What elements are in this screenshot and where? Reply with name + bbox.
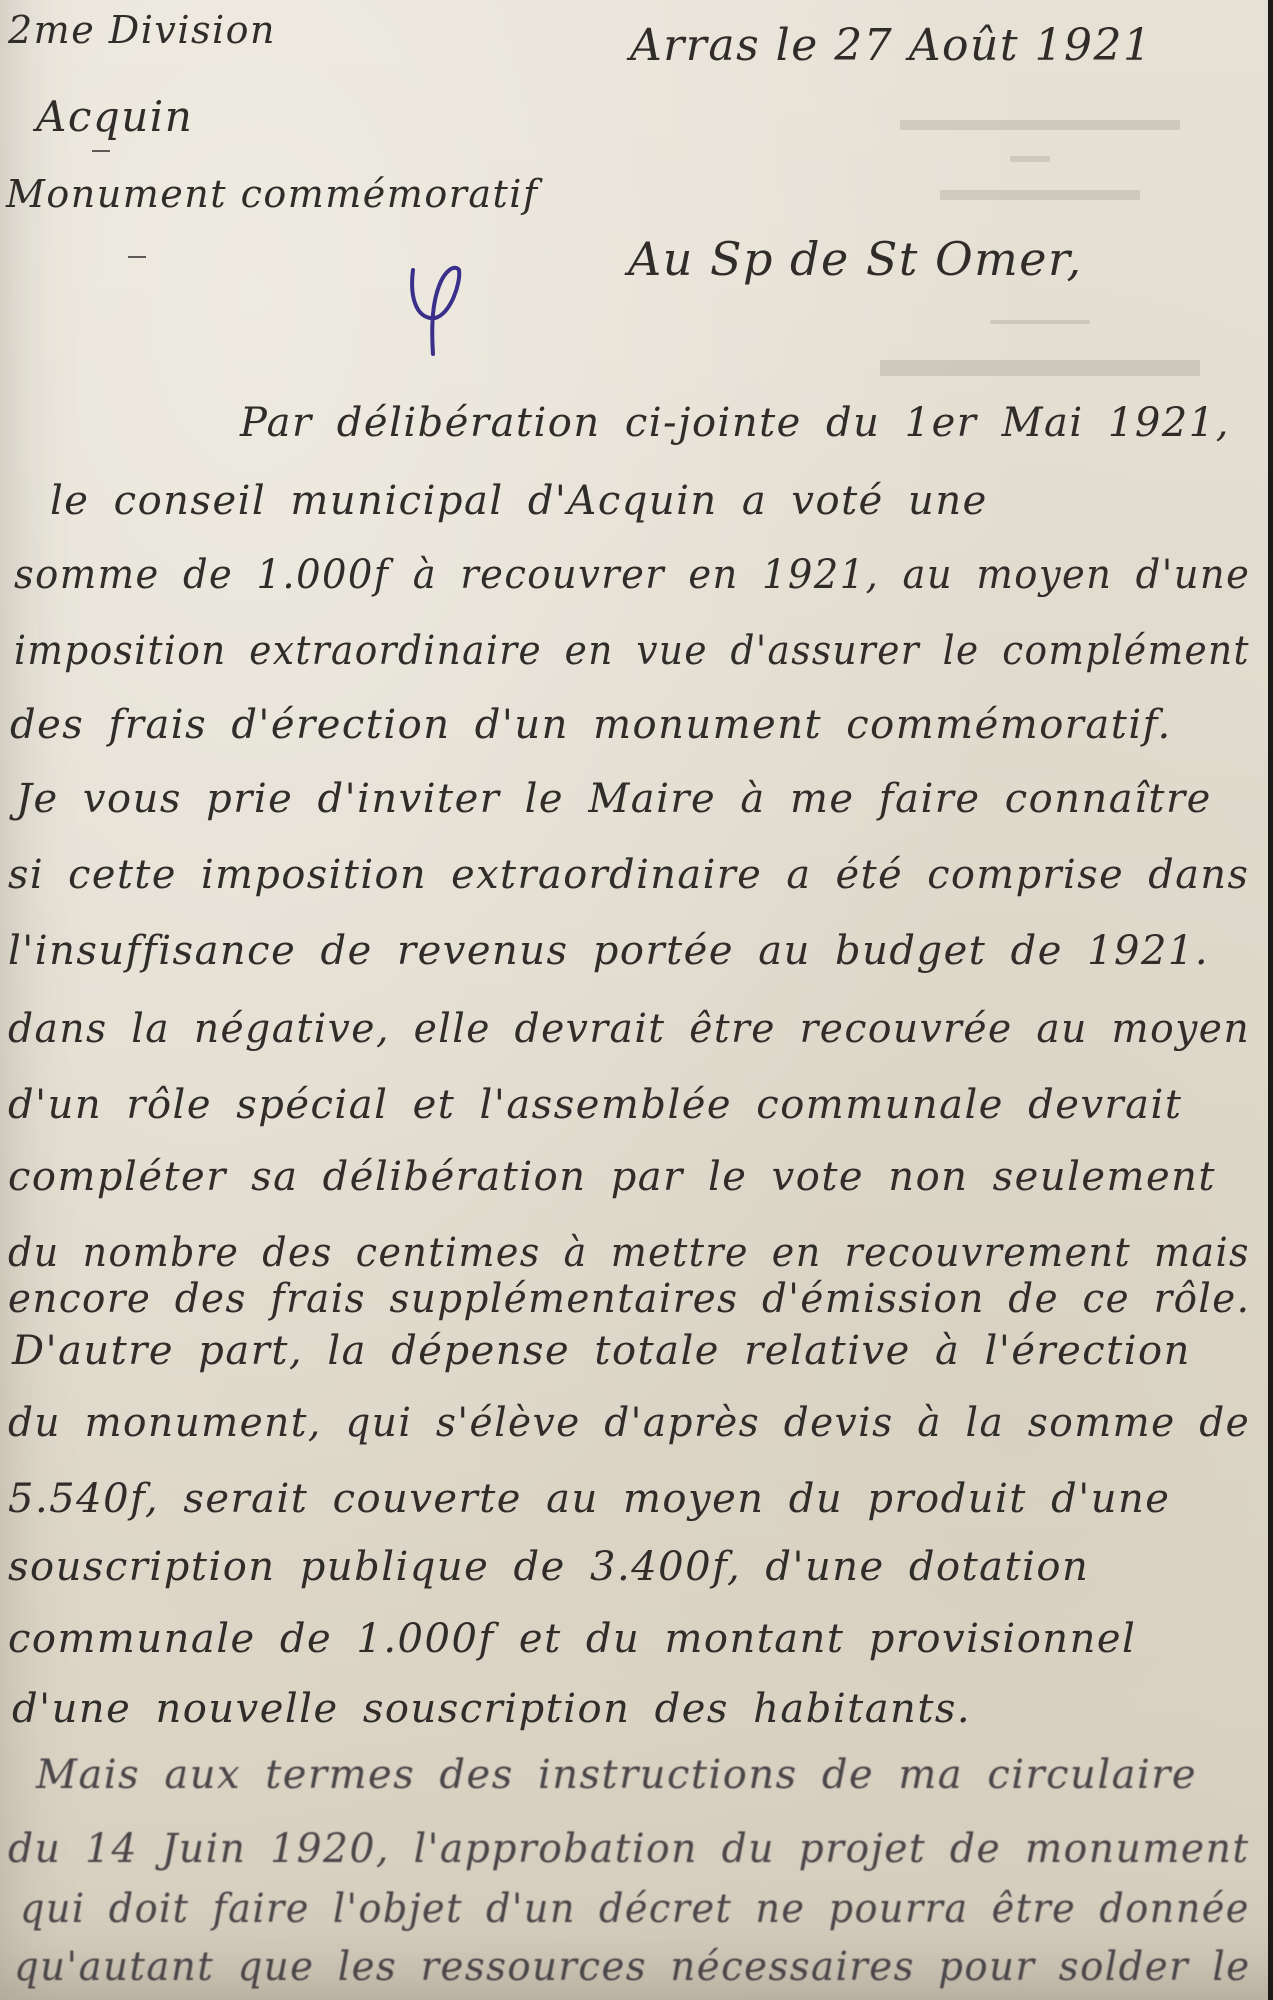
addressee: Au Sp de St Omer, <box>628 232 1083 286</box>
place-and-date: Arras le 27 Août 1921 <box>630 20 1152 71</box>
letter-line: 5.540f, serait couverte au moyen du prod… <box>8 1476 1170 1522</box>
letter-line: communale de 1.000f et du montant provis… <box>8 1616 1136 1662</box>
letter-line: Par délibération ci-jointe du 1er Mai 19… <box>240 400 1230 446</box>
letter-line: D'autre part, la dépense totale relative… <box>12 1328 1191 1374</box>
letter-line: du 14 Juin 1920, l'approbation du projet… <box>8 1826 1250 1872</box>
letter-line: le conseil municipal d'Acquin a voté une <box>50 478 988 524</box>
separator-dash <box>128 256 146 258</box>
letter-line: encore des frais supplémentaires d'émiss… <box>8 1276 1250 1322</box>
letter-line: imposition extraordinaire en vue d'assur… <box>14 628 1250 674</box>
letter-line: dans la négative, elle devrait être reco… <box>8 1006 1250 1052</box>
letter-line: Je vous prie d'inviter le Maire à me fai… <box>16 776 1212 822</box>
letter-line: l'insuffisance de revenus portée au budg… <box>8 928 1209 974</box>
letter-line: qui doit faire l'objet d'un décret ne po… <box>20 1886 1250 1932</box>
letter-page: 2me Division Acquin Monument commémorati… <box>0 0 1268 2000</box>
letter-line: du nombre des centimes à mettre en recou… <box>8 1230 1250 1276</box>
separator-dash <box>92 150 110 152</box>
page-edge-shadow <box>1268 0 1273 2000</box>
subject-label: Monument commémoratif <box>6 172 539 216</box>
letter-line: du monument, qui s'élève d'après devis à… <box>8 1400 1250 1446</box>
blue-pencil-mark-icon <box>405 262 465 357</box>
letter-line: d'un rôle spécial et l'assemblée communa… <box>8 1082 1182 1128</box>
letter-line: Mais aux termes des instructions de ma c… <box>36 1752 1197 1798</box>
letter-line: si cette imposition extraordinaire a été… <box>8 852 1249 898</box>
letter-line: somme de 1.000f à recouvrer en 1921, au … <box>14 552 1250 598</box>
letter-line: souscription publique de 3.400f, d'une d… <box>8 1544 1089 1590</box>
letter-line: des frais d'érection d'un monument commé… <box>10 702 1172 748</box>
division-label: 2me Division <box>8 8 276 52</box>
letter-line: d'une nouvelle souscription des habitant… <box>12 1686 971 1732</box>
commune-name: Acquin <box>36 92 193 141</box>
letter-line: compléter sa délibération par le vote no… <box>8 1154 1216 1200</box>
letter-line: qu'autant que les ressources nécessaires… <box>14 1944 1251 1990</box>
